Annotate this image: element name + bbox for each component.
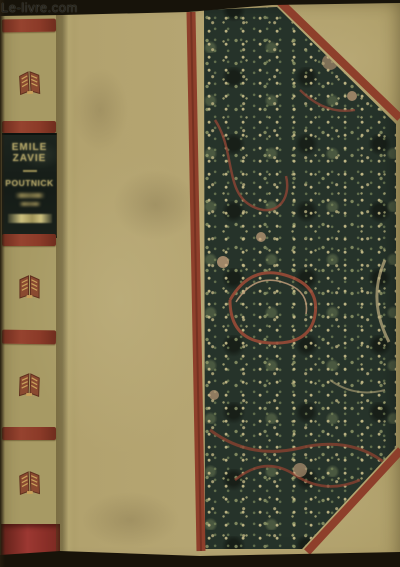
spine-band [2,330,56,345]
spine-foot-band [1,524,60,556]
open-book-ornament-icon [18,370,42,398]
spine-band [2,121,56,133]
spine-label: EMILE ZAVIE POUTNICK [2,133,57,238]
spine-band [2,234,56,246]
open-book-ornament-icon [17,67,41,95]
spine-band [2,19,56,33]
spine-label-author-line1: EMILE [2,142,57,153]
spine-label-title: POUTNICK [2,178,57,188]
spine-band [2,427,56,440]
spine-label-divider [23,170,37,172]
book-bottom-edge [0,549,400,567]
spine-label-worn-text [15,193,45,198]
open-book-ornament-icon [18,468,42,496]
spine-hinge [56,0,74,567]
spine: EMILE ZAVIE POUTNICK [0,0,60,567]
spine-label-author-line2: ZAVIE [2,153,57,164]
book-left-edge [0,0,5,567]
open-book-ornament-icon [18,272,41,299]
spine-label-worn-text [19,202,41,206]
spine-label-gilt-smear [8,214,52,223]
watermark-text: Le-livre.com [1,0,78,15]
book-photo: EMILE ZAVIE POUTNICK [0,0,400,567]
